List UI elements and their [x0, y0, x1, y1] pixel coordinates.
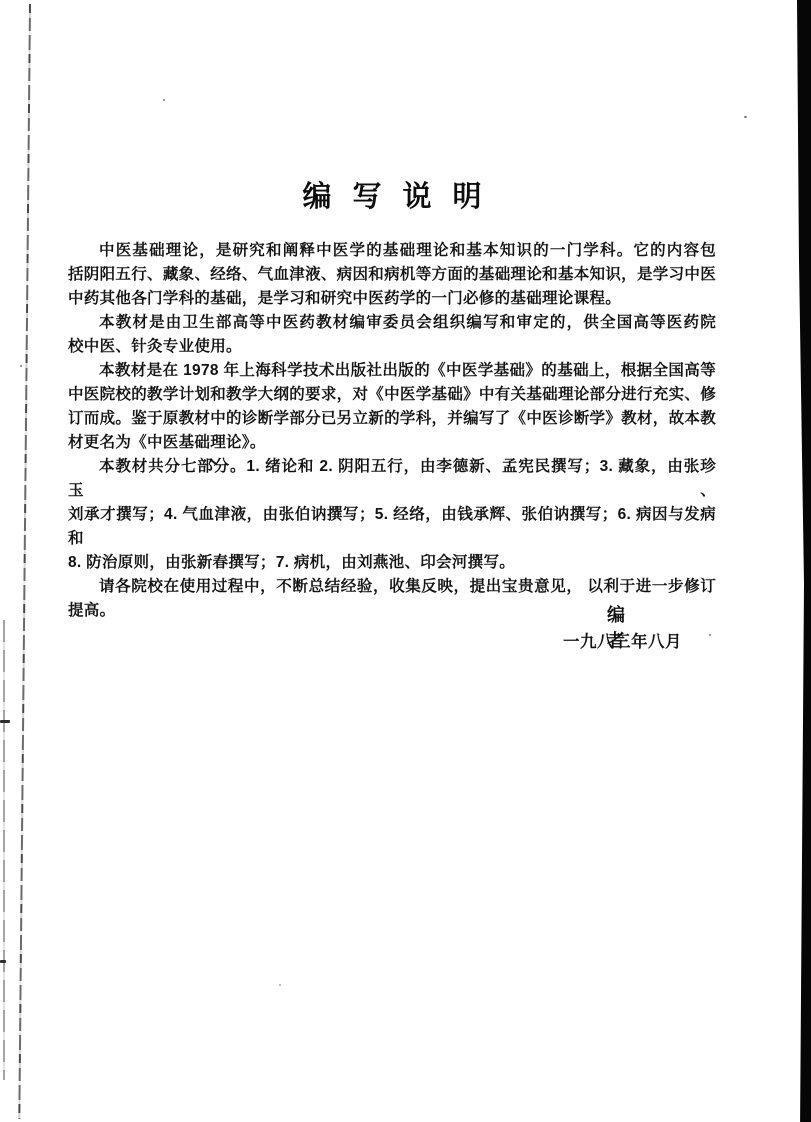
ink-speck	[279, 984, 281, 986]
ink-speck	[709, 634, 711, 636]
paragraph-line: 本教材是在 1978 年上海科学技术出版社出版的《中医学基础》的基础上，根据全国…	[68, 359, 716, 383]
paragraph-line: 中医基础理论，是研究和阐释中医学的基础理论和基本知识的一门学科。它的内容包	[68, 239, 716, 263]
paragraph-line: 订而成。鉴于原教材中的诊断学部分已另立新的学科，并编写了《中医诊断学》教材，故本…	[68, 407, 716, 431]
left-binding-scan-line	[18, 4, 31, 1119]
paragraph-line: 本教材共分七部分。1. 绪论和 2. 阴阳五行，由李德新、孟宪民撰写；3. 藏象…	[68, 455, 716, 503]
paragraph-line: 校中医、针灸专业使用。	[68, 335, 716, 359]
paragraph-line: 请各院校在使用过程中，不断总结经验，收集反映，提出宝贵意见， 以利于进一步修订	[68, 575, 716, 599]
left-edge-scan-line	[3, 620, 5, 1080]
ink-speck	[20, 365, 22, 367]
page-title: 编写说明	[68, 174, 716, 215]
paragraph-line: 中药其他各门学科的基础，是学习和研究中医药学的一门必修的基础理论课程。	[68, 287, 716, 311]
paragraph-line: 本教材是由卫生部高等中医药教材编审委员会组织编写和审定的，供全国高等医药院	[68, 311, 716, 335]
ink-speck	[163, 99, 165, 101]
paragraph-line: 材更名为《中医基础理论》。	[68, 431, 716, 455]
right-binding-shadow-bar	[797, 0, 811, 1122]
scanned-page: 编写说明 中医基础理论，是研究和阐释中医学的基础理论和基本知识的一门学科。它的内…	[0, 0, 811, 1122]
paragraph-line: 中医院校的教学计划和教学大纲的要求，对《中医学基础》中有关基础理论部分进行充实、…	[68, 383, 716, 407]
body-text: 中医基础理论，是研究和阐释中医学的基础理论和基本知识的一门学科。它的内容包括阴阳…	[68, 239, 716, 623]
left-edge-tick-mark	[0, 960, 6, 963]
paragraph-line: 8. 防治原则，由张新春撰写；7. 病机，由刘燕池、印会河撰写。	[68, 551, 716, 575]
ink-speck	[744, 116, 747, 118]
signature-date: 一九八三年八月	[563, 628, 682, 652]
paragraph-line: 括阴阳五行、藏象、经络、气血津液、病因和病机等方面的基础理论和基本知识，是学习中…	[68, 263, 716, 287]
left-edge-tick-mark	[0, 720, 10, 723]
paragraph-line: 刘承才撰写；4. 气血津液，由张伯讷撰写；5. 经络，由钱承辉、张伯讷撰写；6.…	[68, 503, 716, 551]
